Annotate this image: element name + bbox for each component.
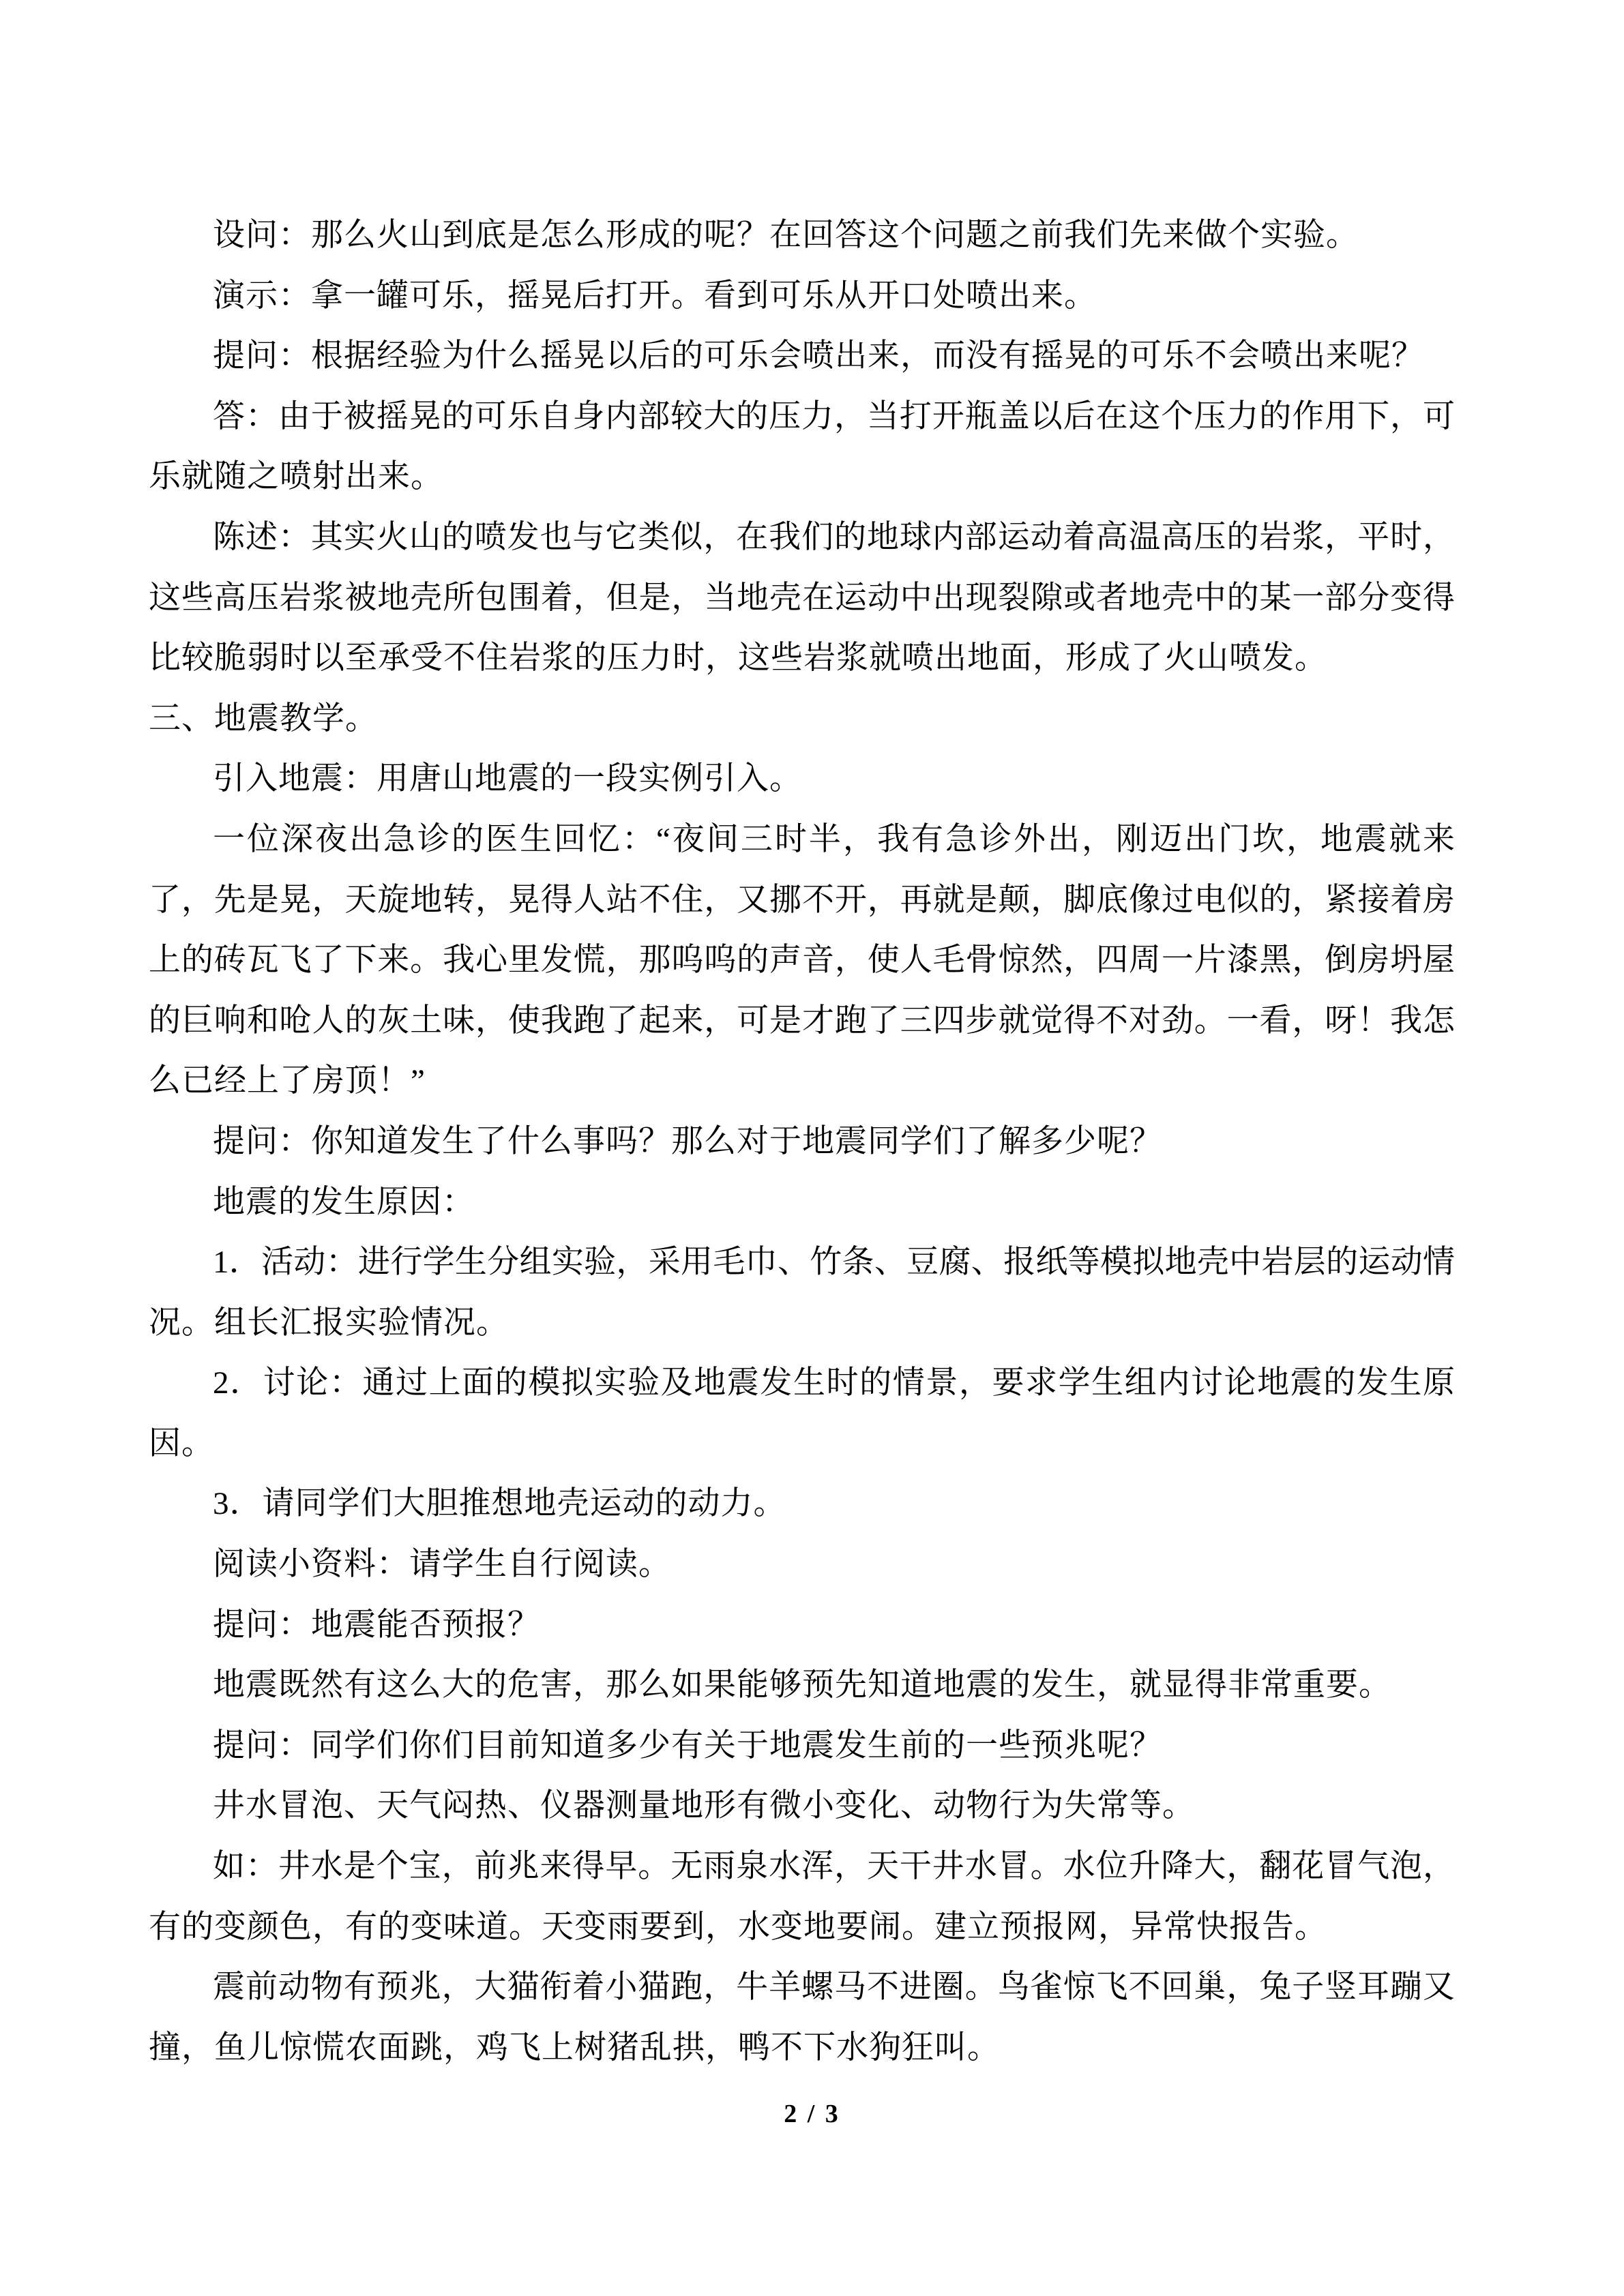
text-line: 况。组长汇报实验情况。 xyxy=(149,1293,1455,1354)
text-line: 地震的发生原因： xyxy=(149,1172,1455,1233)
text-line: 比较脆弱时以至承受不住岩浆的压力时，这些岩浆就喷出地面，形成了火山喷发。 xyxy=(149,628,1455,689)
text-line: 如：井水是个宝，前兆来得早。无雨泉水浑，天干井水冒。水位升降大，翻花冒气泡， xyxy=(149,1836,1455,1897)
text-line: 答：由于被摇晃的可乐自身内部较大的压力，当打开瓶盖以后在这个压力的作用下，可 xyxy=(149,387,1455,447)
text-line: 一位深夜出急诊的医生回忆：“夜间三时半，我有急诊外出，刚迈出门坎，地震就来 xyxy=(149,809,1455,870)
text-line: 井水冒泡、天气闷热、仪器测量地形有微小变化、动物行为失常等。 xyxy=(149,1776,1455,1836)
text-line: 2．讨论：通过上面的模拟实验及地震发生时的情景，要求学生组内讨论地震的发生原 xyxy=(149,1353,1455,1414)
text-line: 撞，鱼儿惊慌农面跳，鸡飞上树猪乱拱，鸭不下水狗狂叫。 xyxy=(149,2018,1455,2078)
page-number: 2 / 3 xyxy=(0,2099,1624,2129)
text-line: 设问：那么火山到底是怎么形成的呢？在回答这个问题之前我们先来做个实验。 xyxy=(149,205,1455,266)
text-line: 阅读小资料：请学生自行阅读。 xyxy=(149,1534,1455,1595)
text-line: 上的砖瓦飞了下来。我心里发慌，那呜呜的声音，使人毛骨惊然，四周一片漆黑，倒房坍屋 xyxy=(149,930,1455,991)
text-line: 有的变颜色，有的变味道。天变雨要到，水变地要闹。建立预报网，异常快报告。 xyxy=(149,1897,1455,1958)
text-line: 3．请同学们大胆推想地壳运动的动力。 xyxy=(149,1474,1455,1534)
text-line: 三、地震教学。 xyxy=(149,689,1455,749)
text-line: 这些高压岩浆被地壳所包围着，但是，当地壳在运动中出现裂隙或者地壳中的某一部分变得 xyxy=(149,568,1455,629)
text-line: 震前动物有预兆，大猫衔着小猫跑，牛羊螺马不进圈。鸟雀惊飞不回巢，兔子竖耳蹦又 xyxy=(149,1957,1455,2018)
text-line: 引入地震：用唐山地震的一段实例引入。 xyxy=(149,749,1455,809)
text-line: 提问：你知道发生了什么事吗？那么对于地震同学们了解多少呢？ xyxy=(149,1112,1455,1172)
text-line: 陈述：其实火山的喷发也与它类似，在我们的地球内部运动着高温高压的岩浆，平时， xyxy=(149,507,1455,568)
text-line: 1．活动：进行学生分组实验，采用毛巾、竹条、豆腐、报纸等模拟地壳中岩层的运动情 xyxy=(149,1232,1455,1293)
document-page: 设问：那么火山到底是怎么形成的呢？在回答这个问题之前我们先来做个实验。 演示：拿… xyxy=(0,0,1624,2296)
text-line: 地震既然有这么大的危害，那么如果能够预先知道地震的发生，就显得非常重要。 xyxy=(149,1655,1455,1716)
text-line: 乐就随之喷射出来。 xyxy=(149,447,1455,507)
text-line: 提问：根据经验为什么摇晃以后的可乐会喷出来，而没有摇晃的可乐不会喷出来呢？ xyxy=(149,326,1455,387)
document-body: 设问：那么火山到底是怎么形成的呢？在回答这个问题之前我们先来做个实验。 演示：拿… xyxy=(149,205,1455,2078)
text-line: 提问：同学们你们目前知道多少有关于地震发生前的一些预兆呢？ xyxy=(149,1716,1455,1776)
text-line: 么已经上了房顶！” xyxy=(149,1051,1455,1112)
text-line: 了，先是晃，天旋地转，晃得人站不住，又挪不开，再就是颠，脚底像过电似的，紧接着房 xyxy=(149,870,1455,931)
text-line: 因。 xyxy=(149,1414,1455,1474)
text-line: 演示：拿一罐可乐，摇晃后打开。看到可乐从开口处喷出来。 xyxy=(149,266,1455,327)
text-line: 的巨响和呛人的灰土味，使我跑了起来，可是才跑了三四步就觉得不对劲。一看，呀！我怎 xyxy=(149,991,1455,1052)
text-line: 提问：地震能否预报？ xyxy=(149,1595,1455,1656)
